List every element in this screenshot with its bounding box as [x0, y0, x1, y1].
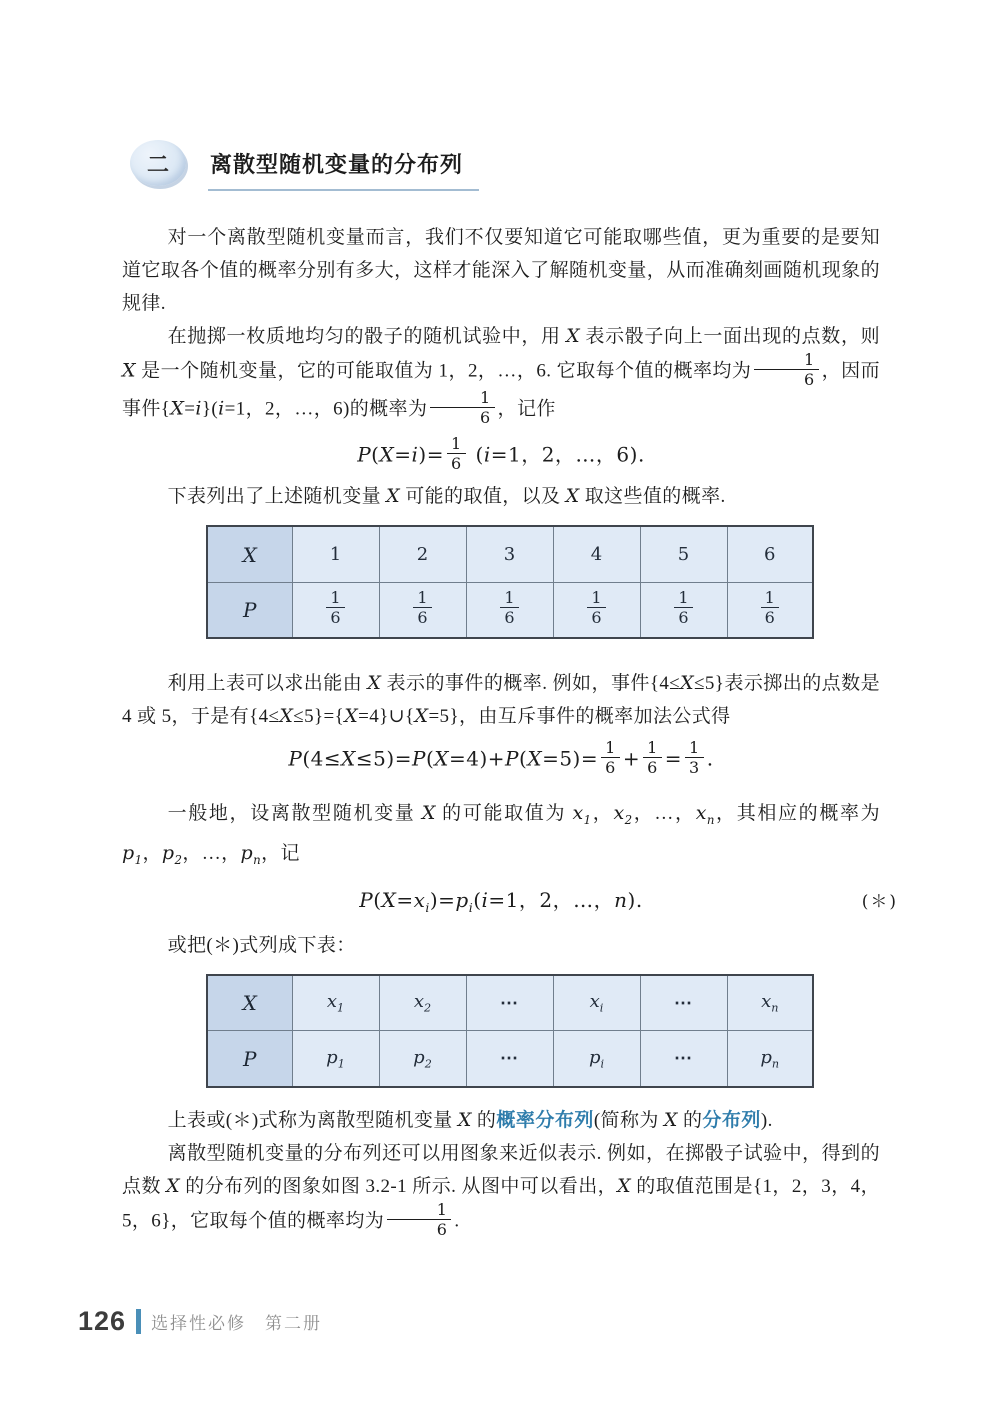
math-var: xi — [590, 991, 604, 1012]
text-segment: = — [184, 398, 195, 419]
math-var: X — [386, 485, 400, 507]
fraction: 16 — [754, 351, 818, 389]
math-var: p2 — [162, 842, 182, 864]
math-var: xn — [761, 991, 778, 1012]
section-number: 二 — [147, 148, 169, 179]
text-segment: =1，2，…，6)的概率为 — [225, 398, 428, 419]
table-row-p: P 16 16 16 16 16 16 — [207, 582, 813, 638]
math-var: xn — [696, 802, 715, 824]
math-var: x1 — [327, 991, 344, 1012]
math-var: p1 — [122, 842, 142, 864]
math-var: pi — [589, 1047, 604, 1068]
text-segment: ，…， — [632, 803, 695, 824]
text-segment: ≤5)= — [356, 747, 412, 771]
table-cell: 16 — [466, 582, 553, 638]
text-segment: ，记作 — [498, 398, 556, 419]
text-segment: 的可能取值为 — [436, 803, 573, 824]
text-segment: ≤5}={ — [293, 706, 344, 727]
math-var: n — [614, 888, 627, 912]
page-number: 126 — [78, 1306, 126, 1337]
text-segment: 表示的事件的概率. 例如，事件{4≤ — [381, 673, 680, 694]
math-var: P — [288, 747, 302, 771]
table-cell: ⋯ — [466, 975, 553, 1031]
math-var: X — [367, 672, 381, 694]
fraction: 16 — [413, 589, 431, 627]
math-var: P — [505, 747, 519, 771]
text-segment: 的 — [678, 1110, 703, 1131]
text-segment: ⋯ — [674, 1048, 693, 1069]
text-segment: ). — [628, 888, 643, 912]
math-var: X — [415, 705, 429, 727]
text-segment: 分布列 — [702, 1110, 761, 1131]
text-segment: =1，2，…，6). — [491, 442, 645, 466]
text-segment: 表示骰子向上一面出现的点数，则 — [580, 326, 880, 347]
formula-dice-probability: P(X=i)=16 (i=1，2，…，6). — [122, 437, 880, 475]
math-var: X — [617, 1175, 631, 1197]
math-var: X — [279, 705, 293, 727]
table-row-x: X x1 x2 ⋯ xi ⋯ xn — [207, 975, 813, 1031]
table-cell: 16 — [379, 582, 466, 638]
text-segment: ，…， — [182, 843, 240, 864]
text-segment: 或把(＊)式列成下表： — [168, 935, 356, 956]
fraction: 16 — [643, 739, 662, 777]
fraction: 13 — [685, 739, 704, 777]
table-cell: p1 — [292, 1031, 379, 1087]
math-var: X — [344, 705, 358, 727]
text-segment: =4}∪{ — [358, 706, 414, 727]
table-cell: 16 — [292, 582, 379, 638]
table-cell: 4 — [553, 526, 640, 582]
text-segment: ，其相应的概率为 — [715, 803, 880, 824]
math-var: X — [566, 325, 580, 347]
formula-star-label: (＊) — [862, 887, 898, 917]
text-segment: . — [707, 747, 714, 771]
math-var: P — [359, 888, 373, 912]
text-segment: = — [665, 747, 682, 771]
table-cell: pn — [727, 1031, 813, 1087]
math-var: i — [484, 442, 491, 466]
textbook-page: 二 离散型随机变量的分布列 对一个离散型随机变量而言，我们不仅要知道它可能取哪些… — [0, 0, 1000, 1422]
math-var: X — [382, 888, 397, 912]
table-cell: ⋯ — [466, 1031, 553, 1087]
math-var: X — [422, 802, 436, 824]
table-cell: ⋯ — [640, 975, 727, 1031]
text-segment: ，记 — [261, 843, 300, 864]
table-cell: x2 — [379, 975, 466, 1031]
text-segment: 一般地，设离散型随机变量 — [168, 803, 422, 824]
math-var: x1 — [573, 802, 592, 824]
text-segment: ( — [469, 442, 484, 466]
math-var: X — [341, 747, 356, 771]
math-var: x2 — [414, 991, 431, 1012]
general-distribution-table: X x1 x2 ⋯ xi ⋯ xn P p1 p2 ⋯ pi ⋯ pn — [206, 974, 814, 1088]
text-segment: 的分布列的图象如图 3.2‑1 所示. 从图中可以看出， — [180, 1176, 617, 1197]
section-number-badge: 二 — [130, 140, 186, 186]
general-definition-paragraph: 一般地，设离散型随机变量 X 的可能取值为 x1，x2，…，xn，其相应的概率为… — [122, 797, 880, 877]
text-segment: ( — [373, 888, 381, 912]
page-footer: 126 选择性必修 第二册 — [78, 1306, 322, 1337]
table-cell: 3 — [466, 526, 553, 582]
text-segment: 是一个随机变量，它的可能取值为 1，2，…，6. 它取每个值的概率均为 — [136, 360, 751, 381]
text-segment: 在抛掷一枚质地均匀的骰子的随机试验中，用 — [168, 326, 567, 347]
text-segment: )= — [418, 442, 444, 466]
table-cell: 16 — [727, 582, 813, 638]
text-segment: 上表或(＊)式称为离散型随机变量 — [168, 1110, 458, 1131]
text-segment: =5}，由互斥事件的概率加法公式得 — [428, 706, 730, 727]
math-var: x2 — [613, 802, 632, 824]
math-var: X — [170, 397, 184, 419]
table-caption-paragraph: 下表列出了上述随机变量 X 可能的取值，以及 X 取这些值的概率. — [122, 480, 880, 513]
math-var: X — [166, 1175, 180, 1197]
text-segment: 利用上表可以求出能由 — [168, 673, 368, 694]
math-var: X — [664, 1109, 678, 1131]
math-var: X — [680, 672, 694, 694]
table-cell: x1 — [292, 975, 379, 1031]
math-var: P — [357, 442, 371, 466]
math-var: X — [122, 359, 136, 381]
text-segment: ， — [592, 803, 614, 824]
text-segment: }( — [202, 398, 218, 419]
fraction: 16 — [761, 589, 779, 627]
text-segment: 可能的取值，以及 — [400, 486, 566, 507]
fraction: 16 — [674, 589, 692, 627]
formula-example-sum: P(4≤X≤5)=P(X=4)+P(X=5)=16+16=13. — [122, 741, 880, 779]
math-var: p1 — [326, 1047, 345, 1068]
table-cell: 16 — [640, 582, 727, 638]
row-header-x: X — [207, 526, 292, 582]
text-segment: =5)= — [542, 747, 598, 771]
footer-divider-bar — [136, 1309, 141, 1334]
fraction: 16 — [447, 435, 466, 473]
table-cell: 1 — [292, 526, 379, 582]
math-var: X — [527, 747, 542, 771]
math-var: pn — [241, 842, 262, 864]
text-segment: ⋯ — [500, 1048, 519, 1069]
formula-general-body: P(X=xi)=pi(i=1，2，…，n). — [359, 888, 642, 912]
text-segment: ⋯ — [500, 993, 519, 1014]
table-intro-paragraph: 或把(＊)式列成下表： — [122, 929, 880, 962]
fraction: 16 — [601, 739, 620, 777]
math-var: X — [458, 1109, 472, 1131]
book-title: 选择性必修 第二册 — [151, 1309, 322, 1334]
text-segment: =4)+ — [449, 747, 505, 771]
fraction: 16 — [430, 389, 494, 427]
text-segment: = — [394, 442, 411, 466]
text-segment: (简称为 — [594, 1110, 664, 1131]
text-segment: . — [454, 1210, 459, 1231]
text-segment: ). — [761, 1110, 773, 1131]
text-segment: 对一个离散型随机变量而言，我们不仅要知道它可能取哪些值，更为重要的是要知道它取各… — [122, 227, 880, 314]
text-segment: 的 — [472, 1110, 497, 1131]
dice-experiment-paragraph: 在抛掷一枚质地均匀的骰子的随机试验中，用 X 表示骰子向上一面出现的点数，则 X… — [122, 320, 880, 429]
text-segment: )= — [430, 888, 456, 912]
fraction: 16 — [387, 1201, 451, 1239]
text-segment: ( — [426, 747, 434, 771]
text-segment: + — [623, 747, 640, 771]
table-cell: xi — [553, 975, 640, 1031]
fraction: 16 — [326, 589, 344, 627]
section-title: 离散型随机变量的分布列 — [208, 140, 479, 191]
example-paragraph: 利用上表可以求出能由 X 表示的事件的概率. 例如，事件{4≤X≤5}表示掷出的… — [122, 667, 880, 733]
text-segment: 取这些值的概率. — [580, 486, 726, 507]
table-cell: 2 — [379, 526, 466, 582]
table-cell: ⋯ — [640, 1031, 727, 1087]
table-row-x: X 1 2 3 4 5 6 — [207, 526, 813, 582]
text-segment: ⋯ — [674, 993, 693, 1014]
text-segment: ( — [473, 888, 481, 912]
text-segment: 概率分布列 — [496, 1110, 594, 1131]
text-segment: (4≤ — [302, 747, 341, 771]
fraction: 16 — [587, 589, 605, 627]
math-var: X — [566, 485, 580, 507]
text-segment: = — [396, 888, 413, 912]
math-var: xi — [414, 888, 430, 912]
intro-paragraph: 对一个离散型随机变量而言，我们不仅要知道它可能取哪些值，更为重要的是要知道它取各… — [122, 221, 880, 320]
table-cell: p2 — [379, 1031, 466, 1087]
math-var: p2 — [413, 1047, 432, 1068]
text-segment: 下表列出了上述随机变量 — [168, 486, 387, 507]
table-cell: 6 — [727, 526, 813, 582]
graph-reference-paragraph: 离散型随机变量的分布列还可以用图象来近似表示. 例如，在掷骰子试验中，得到的点数… — [122, 1137, 880, 1241]
dice-distribution-table: X 1 2 3 4 5 6 P 16 16 16 16 16 16 — [206, 525, 814, 639]
math-var: X — [379, 442, 394, 466]
table-row-p: P p1 p2 ⋯ pi ⋯ pn — [207, 1031, 813, 1087]
section-header: 二 离散型随机变量的分布列 — [130, 140, 880, 191]
fraction: 16 — [500, 589, 518, 627]
distribution-definition-paragraph: 上表或(＊)式称为离散型随机变量 X 的概率分布列(简称为 X 的分布列). — [122, 1104, 880, 1137]
table-cell: 16 — [553, 582, 640, 638]
math-var: X — [434, 747, 449, 771]
formula-general: P(X=xi)=pi(i=1，2，…，n). (＊) — [122, 885, 880, 923]
text-segment: ， — [142, 843, 161, 864]
row-header-p: P — [207, 582, 292, 638]
row-header-p: P — [207, 1031, 292, 1087]
text-segment: =1，2，…， — [488, 888, 614, 912]
math-var: P — [412, 747, 426, 771]
table-cell: 5 — [640, 526, 727, 582]
table-cell: pi — [553, 1031, 640, 1087]
math-var: pn — [760, 1047, 779, 1068]
row-header-x: X — [207, 975, 292, 1031]
table-cell: xn — [727, 975, 813, 1031]
page-content: 二 离散型随机变量的分布列 对一个离散型随机变量而言，我们不仅要知道它可能取哪些… — [0, 0, 1000, 1241]
math-var: pi — [455, 888, 473, 912]
